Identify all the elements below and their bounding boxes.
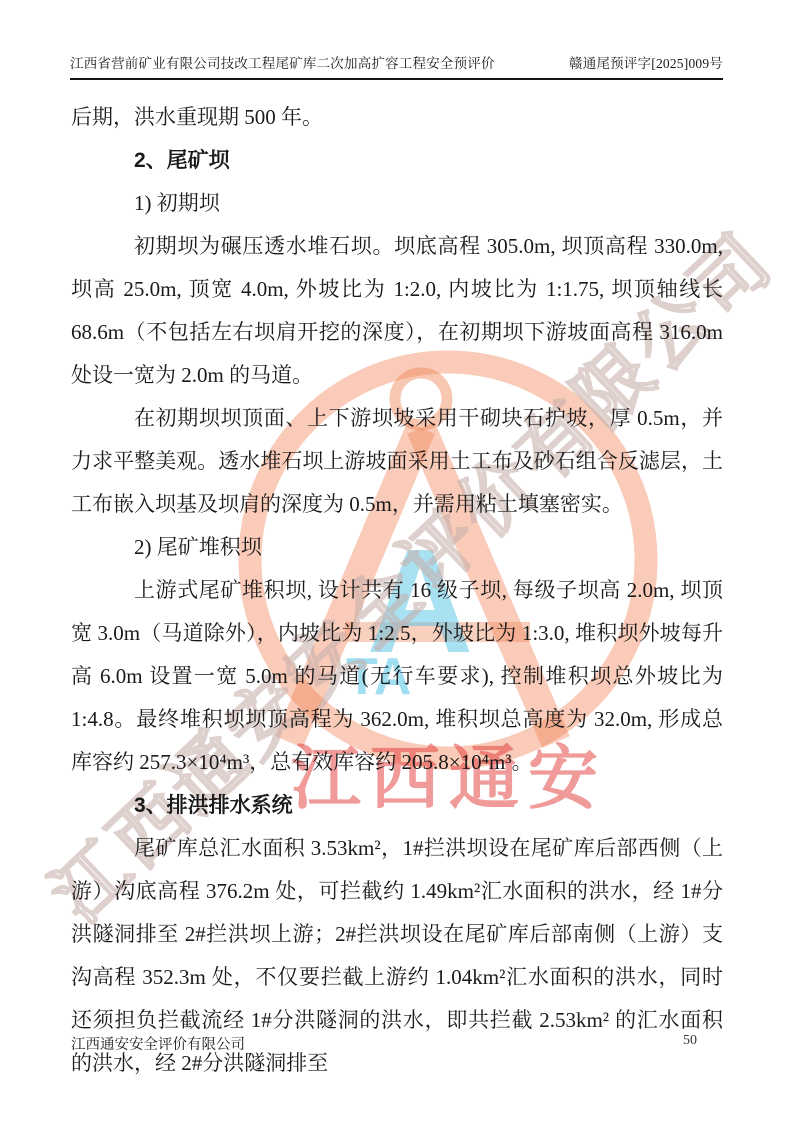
paragraph-stacking-dam-specs: 上游式尾矿堆积坝, 设计共有 16 级子坝, 每级子坝高 2.0m, 坝顶宽 3… [71, 569, 723, 784]
paragraph-initial-dam-specs: 初期坝为碾压透水堆石坝。坝底高程 305.0m, 坝顶高程 330.0m, 坝高… [71, 225, 723, 397]
paragraph-continuation: 后期，洪水重现期 500 年。 [71, 96, 723, 139]
section-heading-flood-drainage: 3、排洪排水系统 [71, 784, 723, 827]
paragraph-slope-protection: 在初期坝坝顶面、上下游坝坡采用干砌块石护坡，厚 0.5m，并力求平整美观。透水堆… [71, 397, 723, 526]
page-footer: 江西通安安全评价有限公司 50 [71, 1033, 793, 1054]
page-header: 江西省营前矿业有限公司技改工程尾矿库二次加高扩容工程安全预评价 赣通尾预评字[2… [70, 52, 723, 80]
header-document-number: 赣通尾预评字[2025]009号 [569, 52, 723, 72]
section-heading-tailings-dam: 2、尾矿坝 [71, 139, 723, 182]
subsection-initial-dam: 1) 初期坝 [71, 182, 723, 225]
document-page: A TA 江西通安安全评价有限公司 江西通安 江西省营前矿业有限公司技改工程尾矿… [0, 0, 793, 1122]
subsection-stacking-dam: 2) 尾矿堆积坝 [71, 526, 723, 569]
page-number: 50 [683, 1033, 697, 1049]
document-body: 后期，洪水重现期 500 年。 2、尾矿坝 1) 初期坝 初期坝为碾压透水堆石坝… [71, 96, 723, 1085]
header-report-title: 江西省营前矿业有限公司技改工程尾矿库二次加高扩容工程安全预评价 [70, 52, 495, 72]
footer-company-name: 江西通安安全评价有限公司 [71, 1037, 245, 1053]
